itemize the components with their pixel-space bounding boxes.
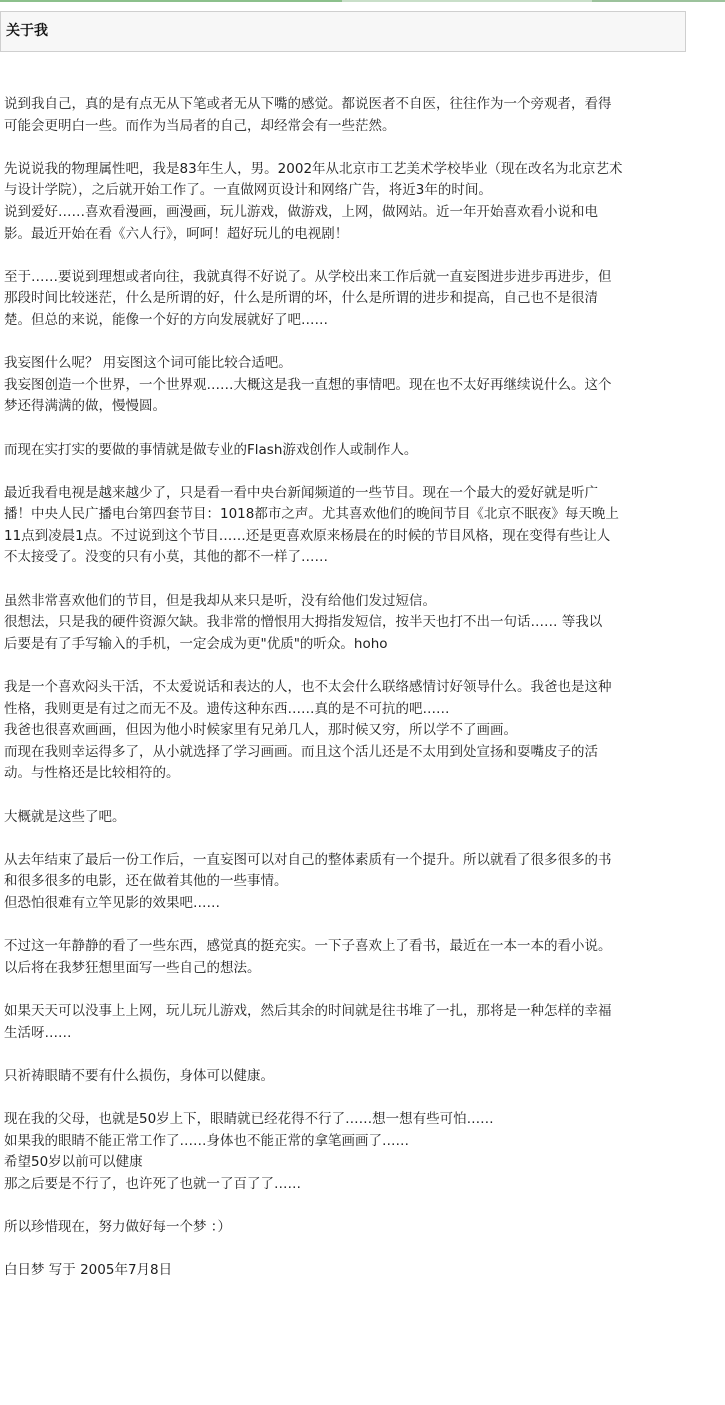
paragraph-line: 所以珍惜现在，努力做好每一个梦 ：） [4,1217,719,1239]
paragraph-line: 如果天天可以没事上上网，玩儿玩儿游戏，然后其余的时间就是往书堆了一扎，那将是一种… [4,1001,719,1023]
paragraph-line: 我爸也很喜欢画画，但因为他小时候家里有兄弟几人，那时候又穷，所以学不了画画。 [4,720,719,742]
article-paragraph: 如果天天可以没事上上网，玩儿玩儿游戏，然后其余的时间就是往书堆了一扎，那将是一种… [4,1001,719,1044]
article-body: 说到我自己，真的是有点无从下笔或者无从下嘴的感觉。都说医者不自医，往往作为一个旁… [4,94,719,1303]
page-title: 关于我 [6,22,48,40]
paragraph-line: 后要是有了手写输入的手机，一定会成为更"优质"的听众。hoho [4,634,719,656]
paragraph-line: 影。最近开始在看《六人行》，呵呵！超好玩儿的电视剧！ [4,224,719,246]
article-paragraph: 不过这一年静静的看了一些东西，感觉真的挺充实。一下子喜欢上了看书，最近在一本一本… [4,936,719,979]
article-paragraph: 现在我的父母，也就是50岁上下，眼睛就已经花得不行了……想一想有些可怕……如果我… [4,1109,719,1195]
paragraph-line: 与设计学院），之后就开始工作了。一直做网页设计和网络广告，将近3年的时间。 [4,180,719,202]
paragraph-line: 动。与性格还是比较相符的。 [4,763,719,785]
paragraph-line: 性格，我则更是有过之而无不及。遗传这种东西……真的是不可抗的吧…… [4,699,719,721]
paragraph-line: 那段时间比较迷茫，什么是所谓的好，什么是所谓的坏，什么是所谓的进步和提高，自己也… [4,288,719,310]
paragraph-line: 不太接受了。没变的只有小莫，其他的都不一样了…… [4,547,719,569]
article-paragraph: 我是一个喜欢闷头干活，不太爱说话和表达的人，也不太会什么联络感情讨好领导什么。我… [4,677,719,785]
section-header: 关于我 [0,11,686,52]
paragraph-line: 以后将在我梦狂想里面写一些自己的想法。 [4,958,719,980]
article-paragraph: 先说说我的物理属性吧，我是83年生人，男。2002年从北京市工艺美术学校毕业（现… [4,159,719,245]
paragraph-line: 楚。但总的来说，能像一个好的方向发展就好了吧…… [4,310,719,332]
top-bar-segment-middle [342,0,592,2]
article-paragraph: 从去年结束了最后一份工作后，一直妄图可以对自己的整体素质有一个提升。所以就看了很… [4,850,719,915]
paragraph-line: 播！中央人民广播电台第四套节目：1018都市之声。尤其喜欢他们的晚间节目《北京不… [4,504,719,526]
top-bar-segment-right [592,0,725,2]
paragraph-line: 白日梦 写于 2005年7月8日 [4,1260,719,1282]
paragraph-line: 和很多很多的电影，还在做着其他的一些事情。 [4,871,719,893]
paragraph-line: 而现在实打实的要做的事情就是做专业的Flash游戏创作人或制作人。 [4,440,719,462]
article-paragraph: 只祈祷眼睛不要有什么损伤，身体可以健康。 [4,1066,719,1088]
paragraph-line: 而现在我则幸运得多了，从小就选择了学习画画。而且这个活儿还是不太用到处宣扬和耍嘴… [4,742,719,764]
top-bar-segment-left [0,0,342,2]
paragraph-line: 梦还得满满的做，慢慢圆。 [4,396,719,418]
paragraph-line: 我妄图什么呢？ 用妄图这个词可能比较合适吧。 [4,353,719,375]
paragraph-line: 现在我的父母，也就是50岁上下，眼睛就已经花得不行了……想一想有些可怕…… [4,1109,719,1131]
paragraph-line: 最近我看电视是越来越少了，只是看一看中央台新闻频道的一些节目。现在一个最大的爱好… [4,483,719,505]
paragraph-line: 希望50岁以前可以健康 [4,1152,719,1174]
article-paragraph: 所以珍惜现在，努力做好每一个梦 ：） [4,1217,719,1239]
paragraph-line: 11点到凌晨1点。不过说到这个节目……还是更喜欢原来杨晨在的时候的节目风格，现在… [4,526,719,548]
paragraph-line: 只祈祷眼睛不要有什么损伤，身体可以健康。 [4,1066,719,1088]
paragraph-line: 先说说我的物理属性吧，我是83年生人，男。2002年从北京市工艺美术学校毕业（现… [4,159,719,181]
paragraph-line: 可能会更明白一些。而作为当局者的自己，却经常会有一些茫然。 [4,116,719,138]
paragraph-line: 生活呀…… [4,1023,719,1045]
paragraph-line: 很想法，只是我的硬件资源欠缺。我非常的憎恨用大拇指发短信，按半天也打不出一句话…… [4,612,719,634]
paragraph-line: 不过这一年静静的看了一些东西，感觉真的挺充实。一下子喜欢上了看书，最近在一本一本… [4,936,719,958]
article-paragraph: 至于……要说到理想或者向往，我就真得不好说了。从学校出来工作后就一直妄图进步进步… [4,267,719,332]
paragraph-line: 那之后要是不行了，也许死了也就一了百了了…… [4,1174,719,1196]
article-paragraph: 虽然非常喜欢他们的节目，但是我却从来只是听，没有给他们发过短信。很想法，只是我的… [4,591,719,656]
top-border-bar [0,0,725,2]
paragraph-line: 我是一个喜欢闷头干活，不太爱说话和表达的人，也不太会什么联络感情讨好领导什么。我… [4,677,719,699]
paragraph-line: 如果我的眼睛不能正常工作了……身体也不能正常的拿笔画画了…… [4,1131,719,1153]
paragraph-line: 但恐怕很难有立竿见影的效果吧…… [4,893,719,915]
article-paragraph: 最近我看电视是越来越少了，只是看一看中央台新闻频道的一些节目。现在一个最大的爱好… [4,483,719,569]
paragraph-line: 说到我自己，真的是有点无从下笔或者无从下嘴的感觉。都说医者不自医，往往作为一个旁… [4,94,719,116]
article-paragraph: 大概就是这些了吧。 [4,807,719,829]
article-paragraph: 而现在实打实的要做的事情就是做专业的Flash游戏创作人或制作人。 [4,440,719,462]
article-paragraph: 说到我自己，真的是有点无从下笔或者无从下嘴的感觉。都说医者不自医，往往作为一个旁… [4,94,719,137]
paragraph-line: 大概就是这些了吧。 [4,807,719,829]
paragraph-line: 说到爱好……喜欢看漫画，画漫画，玩儿游戏，做游戏，上网，做网站。近一年开始喜欢看… [4,202,719,224]
paragraph-line: 至于……要说到理想或者向往，我就真得不好说了。从学校出来工作后就一直妄图进步进步… [4,267,719,289]
article-paragraph: 我妄图什么呢？ 用妄图这个词可能比较合适吧。我妄图创造一个世界，一个世界观……大… [4,353,719,418]
article-paragraph: 白日梦 写于 2005年7月8日 [4,1260,719,1282]
paragraph-line: 我妄图创造一个世界，一个世界观……大概这是我一直想的事情吧。现在也不太好再继续说… [4,375,719,397]
paragraph-line: 从去年结束了最后一份工作后，一直妄图可以对自己的整体素质有一个提升。所以就看了很… [4,850,719,872]
paragraph-line: 虽然非常喜欢他们的节目，但是我却从来只是听，没有给他们发过短信。 [4,591,719,613]
